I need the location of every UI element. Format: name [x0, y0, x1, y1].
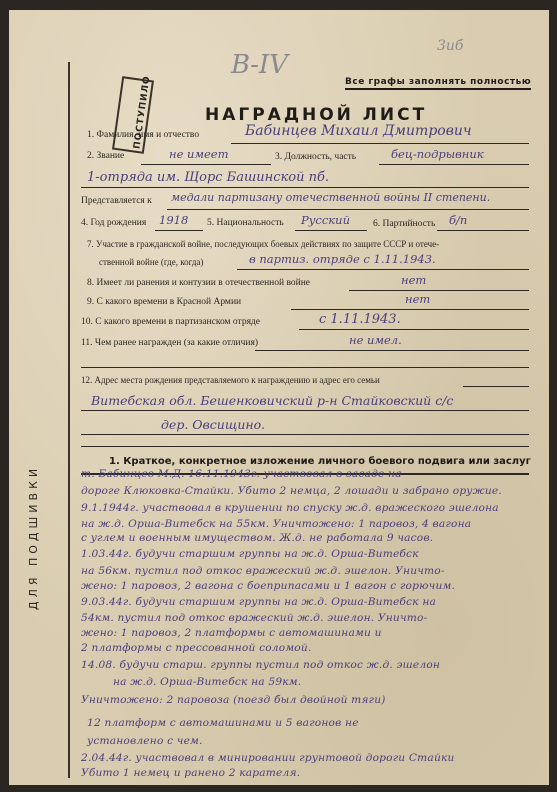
field-5-label: 5. Национальность [207, 218, 284, 228]
field-3-value-continued: 1-отряда им. Щорс Башинской пб. [87, 170, 329, 185]
field-1-value: Бабинцев Михаил Дмитрович [245, 123, 472, 139]
field-11-label: 11. Чем ранее награжден (за какие отличи… [81, 338, 258, 348]
field-3-label: 3. Должность, часть [275, 152, 356, 162]
field-6-line [437, 230, 529, 231]
feat-line: с углем и военным имуществом. Ж.д. не ра… [81, 532, 433, 544]
field-12-value-b: дер. Овсищино. [161, 417, 265, 432]
field-10-line [299, 329, 529, 330]
field-12-line-4 [81, 446, 529, 447]
presented-label: Представляется к [81, 196, 152, 206]
fill-instruction: Все графы заполнять полностью [345, 77, 531, 90]
field-12-label: 12. Адрес места рождения представляемого… [81, 375, 380, 385]
field-12-line [463, 386, 529, 387]
field-7-label-a: 7. Участие в гражданской войне, последую… [87, 239, 439, 249]
field-11-line-2 [81, 367, 529, 368]
field-2-label: 2. Звание [87, 151, 124, 161]
presented-value: медали партизану отечественной войны II … [171, 191, 490, 204]
feat-line: жено: 1 паровоз, 2 платформы с автомашин… [81, 627, 382, 639]
field-7-label-b: ственной войне (где, когда) [99, 257, 203, 267]
field-6-label: 6. Партийность [373, 219, 435, 229]
field-4-label: 4. Год рождения [81, 218, 146, 228]
feat-line: на 56км. пустил под откос вражеский ж.д.… [81, 565, 445, 577]
feat-line: Убито 1 немец и ранено 2 карателя. [81, 767, 300, 779]
feat-line: на ж.д. Орша-Витебск на 55км. Уничтожено… [81, 518, 471, 530]
field-2-value: не имеет [169, 147, 229, 161]
award-sheet-paper: ДЛЯ ПОДШИВКИ ПОСТУПИЛО В-IV 3иб Все граф… [9, 10, 549, 785]
field-11-line [255, 350, 529, 351]
field-6-value: б/п [449, 213, 467, 227]
field-10-label: 10. С какого времени в партизанском отря… [81, 317, 260, 327]
field-2-line [141, 164, 271, 165]
field-12-line-3 [81, 434, 529, 435]
feat-line: жено: 1 паровоз, 2 вагона с боеприпасами… [81, 580, 455, 592]
field-3-line [379, 164, 529, 165]
feat-line: 14.08. будучи старш. группы пустил под о… [81, 659, 440, 671]
field-5-value: Русский [301, 213, 350, 227]
pencil-mark-initials: 3иб [437, 38, 463, 54]
received-stamp: ПОСТУПИЛО [112, 76, 154, 154]
field-7-line [237, 269, 529, 270]
field-5-line [295, 230, 367, 231]
field-7-value: в партиз. отряде с 1.11.1943. [249, 252, 436, 266]
feat-heading: 1. Краткое, конкретное изложение личного… [109, 456, 531, 467]
feat-line: т. Бабинцев М.Д. 16.11.1943г. участвовал… [81, 468, 402, 480]
feat-line: 2 платформы с прессованной соломой. [81, 642, 311, 654]
feat-line: 12 платформ с автомашинами и 5 вагонов н… [87, 717, 359, 729]
feat-line: 1.03.44г. будучи старшим группы на ж.д. … [81, 548, 419, 560]
field-8-line [349, 290, 529, 291]
field-10-value: с 1.11.1943. [319, 312, 401, 327]
feat-line: Уничтожено: 2 паровоза (поезд был двойно… [81, 694, 386, 706]
page-title: НАГРАДНОЙ ЛИСТ [205, 105, 427, 125]
field-9-label: 9. С какого времени в Красной Армии [87, 297, 241, 307]
binding-margin-label: ДЛЯ ПОДШИВКИ [27, 465, 40, 610]
field-3-value: бец-подрывник [391, 147, 484, 161]
feat-line: на ж.д. Орша-Витебск на 59км. [113, 676, 301, 688]
field-3-line-2 [81, 187, 529, 188]
feat-line: 2.04.44г. участвовал в минировании грунт… [81, 752, 455, 764]
field-9-value: нет [405, 292, 430, 306]
field-1-line [231, 143, 529, 144]
presented-line [167, 209, 529, 210]
feat-line: 9.03.44г. будучи старшим группы на ж.д. … [81, 596, 436, 608]
field-11-value: не имел. [349, 333, 402, 347]
feat-line: 54км. пустил под откос вражеский ж.д. эш… [81, 612, 427, 624]
field-4-value: 1918 [159, 213, 188, 227]
feat-line: установлено с чем. [87, 735, 203, 747]
field-8-label: 8. Имеет ли ранения и контузии в отечест… [87, 278, 310, 288]
field-9-line [291, 309, 529, 310]
field-12-value-a: Витебская обл. Бешенковичский р-н Стайко… [91, 393, 453, 408]
feat-line: 9.1.1944г. участвовал в крушении по спус… [81, 502, 499, 514]
feat-line: дороге Клюковка-Стайки. Убито 2 немца, 2… [81, 485, 502, 497]
field-8-value: нет [401, 273, 426, 287]
field-1-label: 1. Фамилия, имя и отчество [87, 130, 199, 140]
pencil-mark-category: В-IV [231, 50, 288, 80]
binding-margin-line [68, 62, 70, 778]
field-4-line [155, 230, 203, 231]
field-12-line-2 [81, 410, 529, 411]
